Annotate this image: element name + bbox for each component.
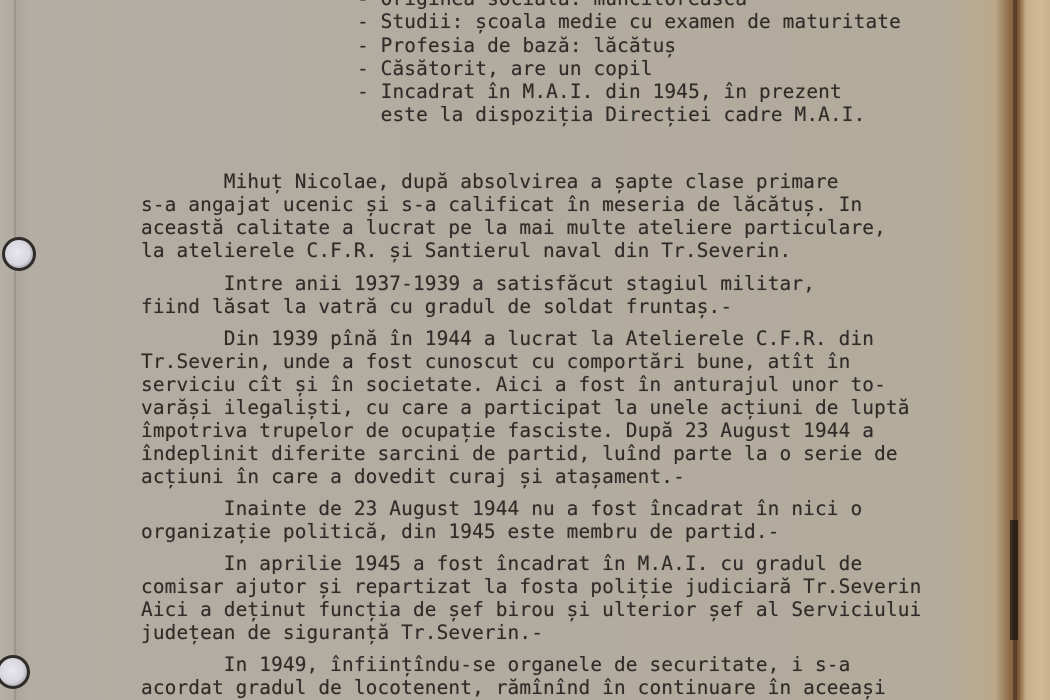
text-line: s-a angajat ucenic și s-a calificat în m… [141, 193, 862, 216]
text-line: acțiuni în care a dovedit curaj și atașa… [141, 465, 685, 488]
text-line: Mihuț Nicolae, după absolvirea a șapte c… [141, 170, 839, 193]
paragraph-securitate: In 1949, înființîndu-se organele de secu… [0, 0, 47, 92]
list-item: este la dispoziția Direcției cadre M.A.I… [357, 103, 865, 126]
paper-edge-tear [1010, 520, 1018, 640]
text-line: Din 1939 pînă în 1944 a lucrat la Atelie… [141, 327, 874, 350]
document-page: - Originea socială: muncitorească - Stud… [0, 0, 1050, 700]
text-line: Intre anii 1937-1939 a satisfăcut stagiu… [141, 272, 815, 295]
list-item: - Incadrat în M.A.I. din 1945, în prezen… [357, 80, 842, 103]
text-line: Aici a deținut funcția de șef birou și u… [141, 598, 921, 621]
text-line: această calitate a lucrat pe la mai mult… [141, 216, 886, 239]
list-item: - Originea socială: muncitorească [357, 0, 747, 10]
text-line: comisar ajutor și repartizat la fosta po… [141, 575, 921, 598]
text-line: la atelierele C.F.R. și Santierul naval … [141, 239, 791, 262]
text-line: varăși ilegaliști, cu care a participat … [141, 396, 910, 419]
list-item: - Profesia de bază: lăcătuș [357, 34, 676, 57]
text-line: fiind lăsat la vatră cu gradul de soldat… [141, 295, 732, 318]
text-line: îndeplinit diferite sarcini de partid, l… [141, 442, 898, 465]
text-line: împotriva trupelor de ocupație fasciste.… [141, 419, 874, 442]
text-line: In aprilie 1945 a fost încadrat în M.A.I… [141, 552, 862, 575]
text-line: județean de siguranță Tr.Severin.- [141, 621, 543, 644]
text-line: serviciu cît și în societate. Aici a fos… [141, 373, 886, 396]
binder-hole-icon [0, 655, 30, 689]
text-line: Tr.Severin, unde a fost cunoscut cu comp… [141, 350, 850, 373]
binder-hole-icon [2, 237, 36, 271]
text-line: acordat gradul de locotenent, rămînînd î… [141, 676, 886, 699]
text-line: Inainte de 23 August 1944 nu a fost înca… [141, 497, 862, 520]
list-item: - Căsătorit, are un copil [357, 57, 653, 80]
list-item: - Studii: școala medie cu examen de matu… [357, 10, 901, 33]
text-line: organizație politică, din 1945 este memb… [141, 520, 780, 543]
text-line: In 1949, înființîndu-se organele de secu… [141, 653, 850, 676]
